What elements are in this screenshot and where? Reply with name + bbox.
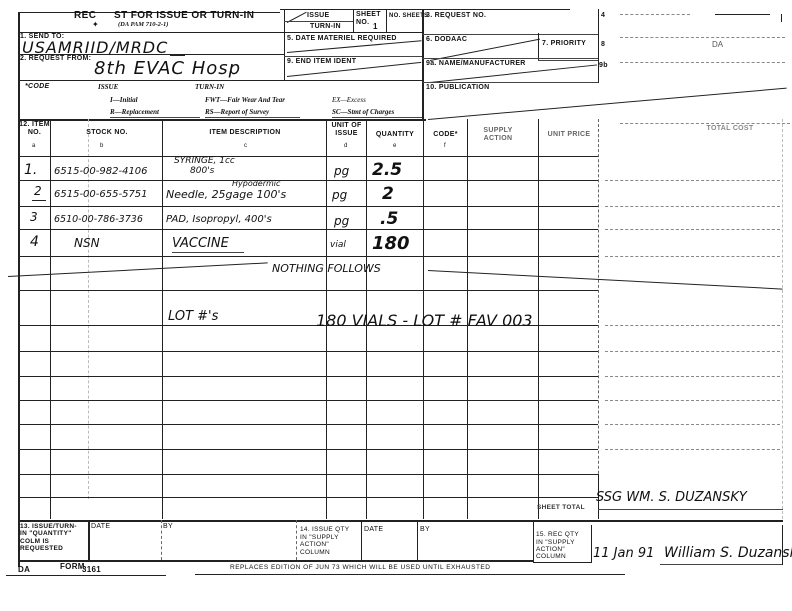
divider	[598, 9, 599, 83]
form-title: ST FOR ISSUE OR TURN-IN	[114, 10, 254, 21]
block-13-by-field[interactable]	[163, 532, 293, 558]
divider	[422, 58, 598, 59]
issue-checkbox-label[interactable]: ISSUE	[307, 12, 330, 20]
divider	[284, 21, 354, 22]
underline	[195, 574, 625, 575]
quantity[interactable]: 2.5	[372, 160, 402, 180]
underline	[6, 575, 166, 576]
date-label-2: DATE	[364, 526, 383, 534]
block-15-line1: 15. REC QTY	[536, 531, 579, 539]
row-divider	[18, 156, 598, 157]
block-13-line4: REQUESTED	[20, 545, 63, 553]
block-13-date-field[interactable]	[91, 532, 161, 558]
form-number: 3161	[82, 566, 101, 574]
description[interactable]: SYRINGE, 1cc	[174, 156, 235, 166]
item-no[interactable]: 2	[34, 184, 42, 198]
issue-code-replacement: R—Replacement	[110, 108, 159, 116]
underline	[205, 117, 300, 118]
col-header-unit-price: UNIT PRICE	[540, 131, 598, 139]
block-13-line2: IN "QUANTITY"	[20, 530, 72, 538]
faint-line	[605, 325, 780, 326]
printed-name[interactable]: SSG WM. S. DUZANSKY	[596, 490, 747, 505]
item-no[interactable]: 3	[30, 210, 38, 224]
divider	[88, 520, 90, 560]
divider	[18, 119, 426, 121]
form-reference: (DA PAM 710-2-1)	[118, 21, 168, 28]
marker-icon: ✦	[92, 20, 99, 29]
col-letter-f: f	[444, 143, 446, 149]
description-line2[interactable]: 800's	[190, 166, 214, 176]
field-8-label: 8	[601, 41, 605, 49]
priority-label: 7. PRIORITY	[542, 40, 586, 48]
sheet-no-label: SHEET NO.	[356, 11, 384, 27]
col-header-quantity: QUANTITY	[367, 131, 423, 139]
turnin-code-fwt: FWT—Fair Wear And Tear	[205, 96, 285, 104]
col-letter-a: a	[32, 143, 35, 149]
row-divider	[18, 474, 598, 475]
divider	[296, 520, 297, 560]
divider	[386, 9, 387, 32]
underline	[660, 564, 782, 565]
row-divider	[18, 497, 598, 498]
lot-note[interactable]: 180 VIALS - LOT # FAV 003	[316, 311, 533, 330]
divider	[18, 560, 533, 562]
faint-line	[620, 37, 785, 38]
col-header-code: CODE*	[424, 131, 467, 139]
date-required-label: 5. DATE MATERIEL REQUIRED	[287, 35, 397, 43]
issue-heading: ISSUE	[98, 83, 118, 91]
turnin-heading: TURN-IN	[195, 83, 224, 91]
request-no-label: 3. REQUEST NO.	[426, 12, 486, 20]
replaces-notice: REPLACES EDITION OF JUN 73 WHICH WILL BE…	[230, 564, 490, 572]
received-date[interactable]: 11 Jan 91	[593, 546, 654, 561]
dodaac-label: 6. DODAAC	[426, 36, 467, 44]
publication-slash	[428, 88, 787, 120]
code-label: *CODE	[25, 83, 49, 91]
faint-line	[620, 62, 785, 63]
faint-line	[605, 449, 780, 450]
stock-no[interactable]: 6515-00-655-5751	[54, 189, 148, 200]
divider	[538, 33, 539, 61]
underline	[332, 117, 422, 118]
description-line2[interactable]: Hypodermic	[232, 179, 280, 188]
nothing-follows-note: NOTHING FOLLOWS	[272, 262, 381, 275]
publication-label: 10. PUBLICATION	[426, 84, 490, 92]
block-14-line4: COLUMN	[300, 549, 330, 557]
by-label: BY	[163, 523, 173, 531]
col-letter-b: b	[100, 143, 103, 149]
stock-no[interactable]: NSN	[74, 236, 100, 250]
field-9b-label: 9b	[599, 62, 608, 70]
sheet-no-value: 1	[373, 22, 377, 31]
request-from-value[interactable]: 8th EVAC Hosp	[94, 58, 241, 79]
row-divider	[18, 449, 598, 450]
faint-line	[605, 256, 780, 257]
divider	[422, 9, 424, 119]
code-stmt-charges: SC—Stmt of Charges	[332, 108, 394, 116]
divider	[533, 520, 534, 562]
quantity[interactable]: 2	[382, 184, 394, 204]
col-divider	[162, 119, 163, 519]
code-excess: EX—Excess	[332, 96, 366, 104]
field-8-faint: DA	[712, 40, 723, 49]
underline	[598, 509, 783, 510]
row-divider	[18, 351, 598, 352]
col-divider	[782, 119, 783, 519]
request-no-field[interactable]	[426, 20, 594, 32]
row-divider	[18, 229, 598, 230]
field-4-label: 4	[601, 12, 605, 20]
col-divider	[598, 119, 599, 519]
row-divider	[18, 206, 598, 207]
col-header-item-no: 12. ITEM NO.	[19, 121, 50, 137]
block-15-line4: COLUMN	[536, 553, 566, 561]
end-item-label: 9. END ITEM IDENT	[287, 58, 356, 66]
faint-line	[605, 351, 780, 352]
faint-line	[620, 14, 690, 15]
divider	[422, 82, 598, 83]
underline	[32, 200, 46, 201]
faint-line	[605, 376, 780, 377]
name-manufacturer-label: 9a. NAME/MANUFACTURER	[426, 60, 526, 68]
divider	[422, 34, 598, 35]
divider	[533, 562, 591, 563]
sheet-total-label: SHEET TOTAL	[537, 504, 585, 512]
row-divider	[18, 400, 598, 401]
divider	[591, 525, 592, 563]
col-divider	[50, 119, 51, 519]
col-divider	[538, 119, 539, 519]
divider	[284, 56, 422, 57]
divider	[353, 9, 354, 32]
faint-line	[605, 400, 780, 401]
date-label: DATE	[91, 523, 110, 531]
col-header-description: ITEM DESCRIPTION	[164, 129, 326, 137]
issue-code-initial: I—Initial	[110, 96, 138, 104]
col-letter-e: e	[393, 143, 396, 149]
description[interactable]: Needle, 25gage 100's	[166, 188, 286, 201]
faint-line	[715, 14, 770, 15]
faint-line	[605, 180, 780, 181]
divider	[782, 525, 783, 565]
underline	[110, 117, 200, 118]
col-letter-d: d	[344, 143, 347, 149]
block-14-line1: 14. ISSUE QTY	[300, 526, 349, 534]
faint-line	[605, 229, 780, 230]
frame-top-right	[280, 9, 570, 10]
faint-line	[605, 206, 780, 207]
unit-of-issue[interactable]: vial	[330, 240, 346, 250]
turnin-code-rs: RS—Report of Survey	[205, 108, 269, 116]
col-header-stock-no: STOCK NO.	[52, 129, 162, 137]
row-divider	[18, 290, 598, 291]
received-signature[interactable]: William S. Duzansky	[664, 545, 792, 561]
unit-of-issue[interactable]: pg	[334, 164, 349, 178]
divider	[18, 32, 423, 33]
row-divider	[18, 376, 598, 377]
item-no[interactable]: 1.	[24, 162, 37, 178]
divider	[417, 520, 418, 560]
item-no[interactable]: 4	[30, 234, 39, 250]
quantity[interactable]: 180	[372, 233, 410, 254]
row-divider	[18, 256, 598, 257]
faint-line	[620, 123, 790, 124]
col-header-unit: UNIT OF ISSUE	[327, 122, 366, 138]
divider	[18, 80, 423, 81]
row-divider	[18, 180, 598, 181]
col-header-supply-action: SUPPLY ACTION	[478, 127, 518, 143]
unit-of-issue[interactable]: pg	[334, 214, 349, 228]
request-from-label: 2. REQUEST FROM:	[20, 55, 91, 63]
description[interactable]: VACCINE	[172, 236, 229, 251]
strike-line	[428, 270, 783, 290]
form-da: DA	[18, 566, 30, 574]
divider	[361, 520, 362, 560]
turnin-checkbox-label[interactable]: TURN-IN	[310, 23, 341, 31]
underline	[170, 55, 185, 56]
divider	[18, 520, 783, 522]
by-label-2: BY	[420, 526, 430, 534]
strike-line	[8, 262, 268, 277]
underline	[172, 252, 244, 253]
col-letter-c: c	[244, 143, 247, 149]
divider	[538, 60, 598, 61]
block-14-line3: ACTION"	[300, 541, 329, 549]
faint-line	[605, 424, 780, 425]
quantity[interactable]: .5	[380, 209, 398, 229]
corner-mark	[781, 14, 782, 22]
stock-no[interactable]: 6515-00-982-4106	[54, 166, 148, 177]
lot-label: LOT #'s	[168, 309, 218, 324]
row-divider	[18, 424, 598, 425]
stock-no[interactable]: 6510-00-786-3736	[54, 214, 143, 225]
divider	[161, 520, 162, 560]
unit-of-issue[interactable]: pg	[332, 188, 347, 202]
description[interactable]: PAD, Isopropyl, 400's	[166, 214, 272, 225]
col-header-total-cost: TOTAL COST	[700, 125, 760, 133]
